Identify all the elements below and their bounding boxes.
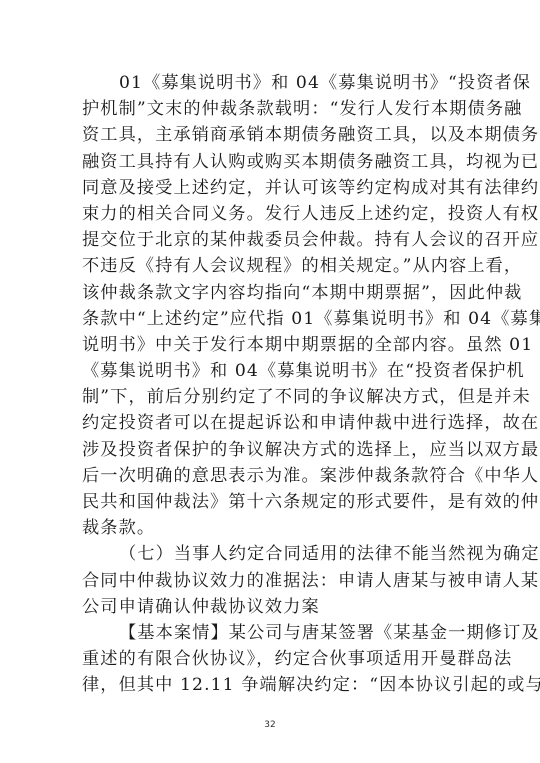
paragraph-line: 制”下，前后分别约定了不同的争议解决方式，但是并未: [82, 384, 458, 410]
page-number: 32: [0, 720, 540, 730]
paragraph-line: 提交位于北京的某仲裁委员会仲裁。持有人会议的召开应: [82, 227, 458, 253]
paragraph-line: 该仲裁条款文字内容均指向“本期中期票据”，因此仲裁: [82, 280, 458, 306]
paragraph-line: 裁条款。: [82, 515, 458, 541]
paragraph-line: 条款中“上述约定”应代指 01《募集说明书》和 04《募集: [82, 306, 458, 332]
paragraph-line: 约定投资者可以在提起诉讼和申请仲裁中进行选择，故在: [82, 410, 458, 436]
paragraph-line: 律，但其中 12.11 争端解决约定：“因本协议引起的或与本: [82, 672, 458, 698]
paragraph-line: 涉及投资者保护的争议解决方式的选择上，应当以双方最: [82, 437, 458, 463]
paragraph-line: 《募集说明书》和 04《募集说明书》在“投资者保护机: [82, 358, 458, 384]
paragraph-line: 融资工具持有人认购或购买本期债务融资工具，均视为已: [82, 149, 458, 175]
paragraph-line: 民共和国仲裁法》第十六条规定的形式要件，是有效的仲: [82, 489, 458, 515]
section-heading-line: （七）当事人约定合同适用的法律不能当然视为确定: [82, 541, 458, 567]
paragraph-line: 资工具，主承销商承销本期债务融资工具，以及本期债务: [82, 122, 458, 148]
paragraph-line: 护机制”文末的仲裁条款载明：“发行人发行本期债务融: [82, 96, 458, 122]
body-text: 01《募集说明书》和 04《募集说明书》“投资者保 护机制”文末的仲裁条款载明：…: [82, 70, 458, 699]
paragraph-line: 后一次明确的意思表示为准。案涉仲裁条款符合《中华人: [82, 463, 458, 489]
paragraph-line: 01《募集说明书》和 04《募集说明书》“投资者保: [82, 70, 458, 96]
paragraph-line: 说明书》中关于发行本期中期票据的全部内容。虽然 01: [82, 332, 458, 358]
document-page: 01《募集说明书》和 04《募集说明书》“投资者保 护机制”文末的仲裁条款载明：…: [0, 0, 540, 763]
paragraph-line: 同意及接受上述约定，并认可该等约定构成对其有法律约: [82, 175, 458, 201]
paragraph-line: 不违反《持有人会议规程》的相关规定。”从内容上看，: [82, 253, 458, 279]
section-heading-line: 公司申请确认仲裁协议效力案: [82, 594, 458, 620]
section-heading-line: 合同中仲裁协议效力的准据法：申请人唐某与被申请人某: [82, 568, 458, 594]
paragraph-line: 重述的有限合伙协议》，约定合伙事项适用开曼群岛法: [82, 646, 458, 672]
paragraph-line: 束力的相关合同义务。发行人违反上述约定，投资人有权: [82, 201, 458, 227]
paragraph-line: 【基本案情】某公司与唐某签署《某基金一期修订及: [82, 620, 458, 646]
